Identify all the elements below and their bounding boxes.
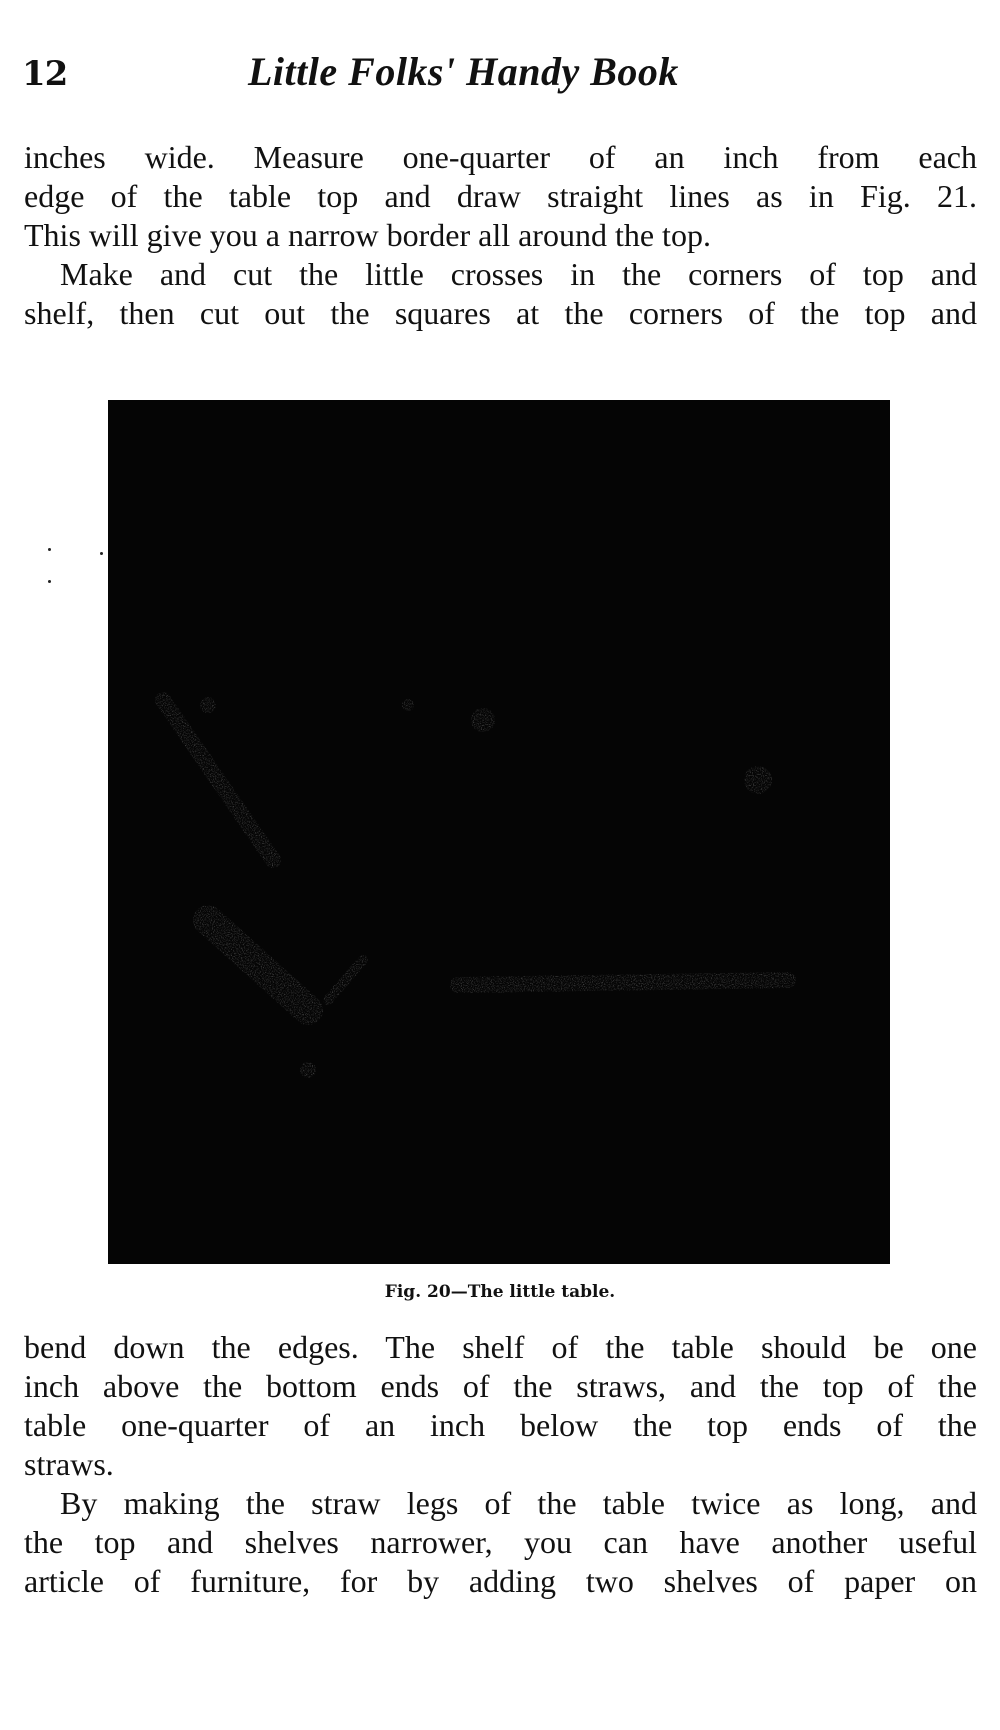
book-page: 12 Little Folks' Handy Book inches wide.… bbox=[0, 0, 1000, 1730]
text-line: the top and shelves narrower, you can ha… bbox=[24, 1523, 977, 1562]
scan-speck bbox=[100, 552, 103, 555]
page-number: 12 bbox=[22, 54, 67, 94]
text-line: inch above the bottom ends of the straws… bbox=[24, 1367, 977, 1406]
running-head: 12 Little Folks' Handy Book bbox=[22, 48, 960, 108]
paragraph: Make and cut the little crosses in the c… bbox=[24, 255, 977, 333]
paragraph: By making the straw legs of the table tw… bbox=[24, 1484, 977, 1601]
book-title: Little Folks' Handy Book bbox=[248, 48, 679, 95]
scan-speck bbox=[48, 580, 51, 583]
paragraph-continued: bend down the edges. The shelf of the ta… bbox=[24, 1328, 977, 1484]
text-line: Make and cut the little crosses in the c… bbox=[24, 255, 977, 294]
figure-caption: Fig. 20—The little table. bbox=[0, 1282, 1000, 1302]
top-text-block: inches wide. Measure one-quarter of an i… bbox=[24, 138, 977, 333]
scan-speck bbox=[48, 548, 51, 551]
text-line: edge of the table top and draw straight … bbox=[24, 177, 977, 216]
text-line: straws. bbox=[24, 1445, 977, 1484]
table-photo-image bbox=[108, 400, 890, 1264]
text-line: This will give you a narrow border all a… bbox=[24, 216, 977, 255]
text-line: shelf, then cut out the squares at the c… bbox=[24, 294, 977, 333]
text-line: bend down the edges. The shelf of the ta… bbox=[24, 1328, 977, 1367]
text-line: article of furniture, for by adding two … bbox=[24, 1562, 977, 1601]
text-line: By making the straw legs of the table tw… bbox=[24, 1484, 977, 1523]
paragraph-continued: inches wide. Measure one-quarter of an i… bbox=[24, 138, 977, 255]
text-line: inches wide. Measure one-quarter of an i… bbox=[24, 138, 977, 177]
text-line: table one-quarter of an inch below the t… bbox=[24, 1406, 977, 1445]
bottom-text-block: bend down the edges. The shelf of the ta… bbox=[24, 1328, 977, 1601]
figure-photo-little-table bbox=[108, 400, 890, 1264]
